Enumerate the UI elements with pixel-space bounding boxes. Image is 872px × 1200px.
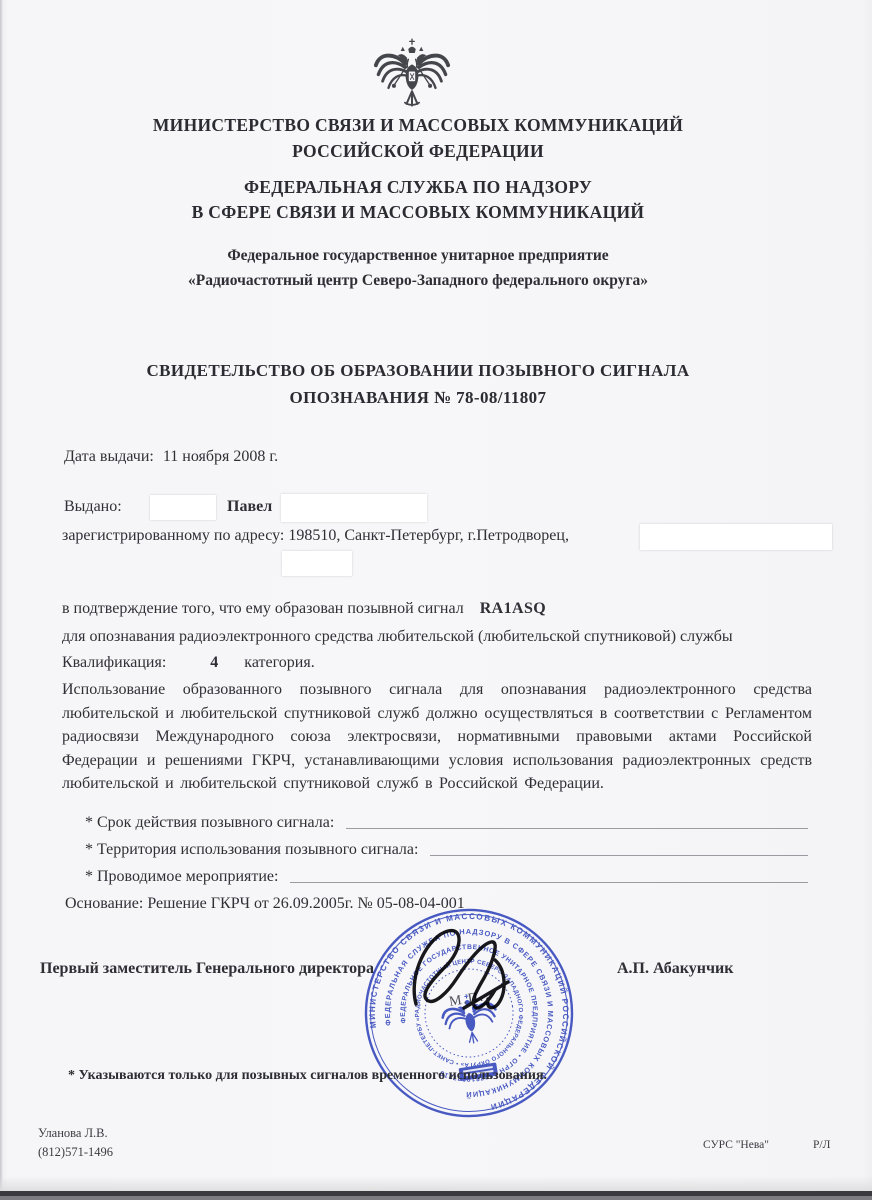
address-line: зарегистрированному по адресу: 198510, С…: [62, 527, 569, 545]
issued-to-name: Павел: [227, 498, 272, 516]
footer-doc-type: Р/Л: [813, 1139, 830, 1151]
event-blank: [290, 882, 808, 883]
qualification-suffix: категория.: [244, 654, 314, 671]
event-row: * Проводимое мероприятие:: [85, 866, 808, 886]
redaction-box-street: [640, 524, 832, 550]
service-line: для опознавания радиоэлектронного средст…: [62, 628, 733, 646]
scan-bottom-shadow: [0, 1196, 872, 1200]
issued-to-row: Выдано: Павел: [0, 497, 872, 527]
document-title-line1: СВИДЕТЕЛЬСТВО ОБ ОБРАЗОВАНИИ ПОЗЫВНОГО С…: [0, 361, 836, 381]
ministry-name-line1: МИНИСТЕРСТВО СВЯЗИ И МАССОВЫХ КОММУНИКАЦ…: [0, 115, 836, 136]
certificate-scan-page: МИНИСТЕРСТВО СВЯЗИ И МАССОВЫХ КОММУНИКАЦ…: [0, 0, 872, 1200]
double-eagle-emblem-icon: [370, 36, 454, 118]
qualification-value: 4: [210, 654, 218, 671]
federal-service-line2: В СФЕРЕ СВЯЗИ И МАССОВЫХ КОММУНИКАЦИЙ: [0, 202, 836, 223]
qualification-row: Квалификация:4категория.: [62, 654, 315, 672]
confirmation-line: в подтверждение того, что ему образован …: [62, 600, 546, 618]
signer-position: Первый заместитель Генерального директор…: [40, 960, 374, 978]
redaction-box-patronymic: [281, 494, 427, 522]
issued-to-label: Выдано:: [64, 498, 122, 516]
issue-date-value: 11 ноября 2008 г.: [163, 448, 278, 465]
enterprise-name-line1: Федеральное государственное унитарное пр…: [0, 247, 836, 265]
footer-contact-name: Уланова Л.В.: [38, 1126, 108, 1141]
confirmation-text: в подтверждение того, что ему образован …: [62, 600, 464, 617]
basis-line: Основание: Решение ГКРЧ от 26.09.2005г. …: [65, 895, 465, 913]
footer-contact-phone: (812)571-1496: [38, 1145, 113, 1160]
validity-period-label: * Срок действия позывного сигнала:: [85, 814, 334, 832]
callsign-value: RA1ASQ: [480, 600, 546, 617]
usage-territory-blank: [430, 855, 808, 856]
federal-service-line1: ФЕДЕРАЛЬНАЯ СЛУЖБА ПО НАДЗОРУ: [0, 177, 836, 198]
redaction-box-apartment: [282, 551, 352, 576]
usage-territory-label: * Территория использования позывного сиг…: [85, 841, 418, 859]
validity-period-blank: [346, 828, 808, 829]
footer-system-label: СУРС "Нева": [703, 1139, 769, 1151]
signer-name: А.П. Абакунчик: [617, 960, 733, 978]
signature-scrawl: [398, 920, 538, 1024]
scan-bottom-fade: [0, 1176, 872, 1192]
document-title-line2: ОПОЗНАВАНИЯ № 78-08/11807: [0, 388, 836, 408]
event-label: * Проводимое мероприятие:: [85, 868, 278, 886]
ministry-name-line2: РОССИЙСКОЙ ФЕДЕРАЦИИ: [0, 141, 836, 162]
footnote-line: * Указываются только для позывных сигнал…: [68, 1068, 547, 1084]
issue-date-row: Дата выдачи:11 ноября 2008 г.: [64, 448, 278, 466]
redaction-box-surname: [150, 495, 216, 520]
issue-date-label: Дата выдачи:: [64, 448, 154, 465]
qualification-label: Квалификация:: [62, 654, 166, 671]
usage-territory-row: * Территория использования позывного сиг…: [85, 839, 808, 859]
validity-period-row: * Срок действия позывного сигнала:: [85, 812, 808, 832]
usage-terms-paragraph: Использование образованного позывного си…: [62, 678, 812, 796]
enterprise-name-line2: «Радиочастотный центр Северо-Западного ф…: [0, 272, 836, 290]
